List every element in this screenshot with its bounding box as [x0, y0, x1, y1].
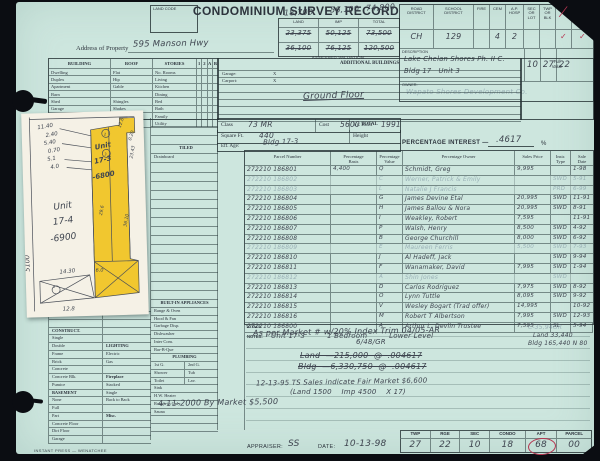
construction-basement-column: CONSTRUCT.SingleDoubleLIGHTINGFrameElect… [48, 311, 151, 444]
parcel-cell: SWD [551, 284, 571, 293]
left-checklist-row: Garage [49, 436, 151, 444]
mid-row [151, 191, 218, 200]
appliance-item-label: Range & Oven [151, 308, 218, 315]
parcel-cell: I [377, 215, 403, 224]
district-value [474, 30, 490, 48]
right-checklist-cell [103, 335, 151, 342]
left-checklist-row: Concrete [49, 366, 151, 374]
blank-row-label [151, 416, 218, 423]
parcel-cell: V [377, 303, 403, 312]
parcel-cell: 7,595 [515, 215, 551, 224]
parcel-row: 272210 186807PWalsh, Henry8,500SWD4-92 [245, 225, 593, 235]
mid-row [151, 236, 218, 245]
parcel-cell: 8,500 [515, 225, 551, 234]
plumbing-header: PLUMBING [151, 354, 218, 362]
parcel-col-header: Sales Price [515, 151, 551, 165]
parcel-cell: 272210 186804 [245, 195, 331, 204]
additional-row: Carport:X [218, 78, 521, 85]
dim-5-1: 5.1 [47, 156, 57, 163]
parcel-cell [551, 166, 571, 175]
tiled-header: TILED [151, 145, 218, 154]
parcel-cell: J [377, 254, 403, 263]
plumbing-pair: ToiletLav. [151, 378, 218, 386]
parcel-row: 272210 186804GJames Devine Etal20,995SWD… [245, 195, 593, 205]
scan-corner-top-right [546, 0, 600, 46]
valuation-col-header: TOTAL [359, 19, 399, 27]
footer-grid: TWPRGESECCONDOAPTPARCEL272210186800 [400, 430, 592, 453]
plumbing-pair-left: 1st G. [151, 362, 185, 369]
parcel-cell: Walsh, Henry [403, 225, 515, 234]
plumbing-item: Sauna [151, 409, 218, 417]
valuation-header-row: LANDIMPTOTAL [279, 19, 399, 28]
notes-rule [246, 408, 590, 409]
plumbing-pair-right: Lav. [185, 378, 218, 385]
parcel-cell: 7,975 [515, 284, 551, 293]
left-checklist-row: Dirt Floor [49, 428, 151, 436]
right-checklist-cell [103, 436, 151, 443]
parcel-col-header: Instr. Type [551, 151, 571, 165]
address-label: Address of Property [76, 45, 128, 52]
appraiser-label: APPRAISER: [247, 444, 283, 450]
appliance-item-label: Bar-B-Que [151, 347, 218, 354]
date-label: DATE: [318, 444, 335, 450]
parcel-cell [331, 274, 377, 283]
appliance-item-label: Garbage Disp. [151, 323, 218, 330]
percentage-interest-underline [488, 146, 534, 147]
parcel-cell: Robert T Albertson [403, 313, 515, 322]
building-col-header: STORIES [153, 59, 197, 68]
right-checklist-cell [103, 328, 151, 335]
right-checklist-cell: Electric [103, 351, 151, 358]
parcel-cell [331, 186, 377, 195]
parcel-cell: M [377, 313, 403, 322]
left-checklist-row: DoubleLIGHTING [49, 343, 151, 351]
parcel-row: 272210 186803LNatalie J FrancisPRD6-99 [245, 186, 593, 196]
parcel-cell [331, 195, 377, 204]
appliance-item: Range & Oven [151, 308, 218, 316]
parcel-cell [515, 186, 551, 195]
cost-label: Cost [319, 122, 329, 128]
blank-row-label [151, 424, 218, 431]
mid-row [151, 118, 218, 127]
mid-row [151, 173, 218, 182]
building-col-header: ROOF [111, 59, 153, 68]
parcel-cell: SWD [551, 235, 571, 244]
left-checklist-row: Concrete Floor [49, 421, 151, 429]
full-value-column: Full Value [520, 58, 594, 120]
parcel-cell: SWD [551, 264, 571, 273]
parcel-cell: SWD [551, 244, 571, 253]
left-checklist-cell: Concrete Floor [49, 421, 103, 428]
parcel-cell: Natalie J Francis [403, 186, 515, 195]
note-bldg-calc: Bldg —6,330,750 @ .004617 [298, 363, 427, 371]
parcel-cell: 8,000 [515, 235, 551, 244]
parcel-cell: SWD [551, 195, 571, 204]
appraiser-value: SS [288, 440, 300, 449]
parcel-cell: 272210 186811 [245, 264, 331, 273]
left-checklist-cell: Frame [49, 351, 103, 358]
mid-row [151, 209, 218, 218]
building-cell: Shed [49, 98, 111, 104]
circle-1-label: 1 [53, 285, 55, 289]
scan-corner-bottom-right [574, 441, 600, 461]
mid-row [151, 227, 218, 236]
parcel-cell: G [377, 195, 403, 204]
building-cell: Gable [111, 84, 153, 90]
district-value: CH [400, 30, 434, 48]
parcel-row: 272210 186815VWesley Bogart (Trad offer)… [245, 303, 593, 313]
plumbing-pair: ShowerTub [151, 370, 218, 378]
valuation-struck-value: 23,375 [279, 28, 319, 42]
parcel-cell: 272210 186803 [245, 186, 331, 195]
district-col-header: FIRE [474, 5, 490, 29]
parcel-cell [551, 215, 571, 224]
parcel-cell [331, 293, 377, 302]
left-checklist-row: NoneBack to Back [49, 397, 151, 405]
parcel-cell: 272210 186816 [245, 313, 331, 322]
parcel-cell: 272210 186801 [245, 166, 331, 175]
plumbing-pair-left: Shower [151, 370, 185, 377]
valuation-struck-value: 120,500 [359, 43, 399, 57]
date-value: 10-13-98 [344, 440, 386, 449]
parcel-cell: D [377, 284, 403, 293]
parcel-cell: 6-99 [571, 186, 593, 195]
plumbing-pair: 1st G.2nd G. [151, 362, 218, 370]
parcel-cell [331, 235, 377, 244]
parcel-row: 272210 186810JAl Hadeff, JackSWD9-94 [245, 254, 593, 264]
left-checklist-row: BASEMENTSingle [49, 390, 151, 398]
additional-row [218, 100, 521, 107]
blank-row [151, 424, 218, 432]
parcel-row: 272210 186809EMaureen Ferris5,500SWD7-93 [245, 244, 593, 254]
parcel-cell [515, 254, 551, 263]
parcel-cell: 8,095 [515, 293, 551, 302]
mid-row [151, 136, 218, 145]
district-value: 2 [506, 30, 524, 48]
mid-row [151, 127, 218, 136]
plumbing-pair-left: Toilet [151, 378, 185, 385]
left-checklist-row: Concrete Blk.Fireplace [49, 374, 151, 382]
parcel-row: 272210 186805HJames Ballou & Nora20,995S… [245, 205, 593, 215]
building-cell: Living [153, 76, 197, 82]
dim-11-40: 11.40 [37, 123, 54, 132]
parcel-table: Parcel NumberPercentage BasisPercentage … [244, 150, 594, 325]
right-checklist-cell: LIGHTING [103, 343, 151, 350]
yr-built-value: 1991 [381, 121, 401, 129]
district-col-header: A.P. HOSP [506, 5, 524, 29]
appliance-item: Dishwasher [151, 331, 218, 339]
mid-row: Drainboard [151, 154, 218, 163]
notes-rule [246, 360, 590, 361]
parcel-cell: PRD [551, 186, 571, 195]
parcel-cell: 14,995 [515, 303, 551, 312]
left-checklist-cell: Concrete [49, 366, 103, 373]
footer-col-header: SEC [460, 431, 490, 438]
parcel-cell: H [377, 205, 403, 214]
printer-brand: INSTANT PRESS — WENATCHEE [34, 449, 107, 453]
left-checklist-cell: Garage [49, 436, 103, 443]
mid-row [151, 254, 218, 263]
eff-age-label: Eff. Age: [221, 144, 239, 150]
parcel-cell: Al Hadeff, Jack [403, 254, 515, 263]
district-value: 4 [490, 30, 506, 48]
parcel-cell: 272210 186812 [245, 274, 331, 283]
parcel-cell: O [377, 293, 403, 302]
parcel-cell: F [377, 264, 403, 273]
plumbing-item: Sink [151, 385, 218, 393]
parcel-cell [331, 215, 377, 224]
footer-value: 10 [460, 439, 490, 452]
parcel-cell [331, 264, 377, 273]
parcel-cell: 8-92 [571, 284, 593, 293]
unit-17-4-number: 17-4 [52, 215, 74, 228]
left-checklist-cell: CONSTRUCT. [49, 328, 103, 335]
valuation-struck-value: 50,125 [319, 28, 359, 42]
building-cell: Barn [49, 91, 111, 97]
appliance-item: Inter Com. [151, 339, 218, 347]
right-checklist-cell: Single [103, 390, 151, 397]
left-checklist-cell: Single [49, 335, 103, 342]
note-right-3: Bldg 165,440 N 80 [528, 341, 587, 347]
left-checklist-cell [49, 320, 103, 327]
right-checklist-cell [103, 421, 151, 428]
parcel-cell: 11-91 [571, 215, 593, 224]
parcel-row: 272210 186802CWerner, Patrick & EmilySWD… [245, 176, 593, 186]
parcel-cell: Weakley, Robert [403, 215, 515, 224]
address-value: 595 Manson Hwy [133, 39, 209, 49]
parcel-cell: James Ballou & Nora [403, 205, 515, 214]
building-row: DwellingFlatNo. Rooms [49, 69, 218, 76]
parcel-cell: SWD [551, 254, 571, 263]
district-col-header: SCHOOL DISTRICT [434, 5, 474, 29]
left-checklist-cell: Brick [49, 359, 103, 366]
appliance-item: Bar-B-Que [151, 347, 218, 355]
parcel-cell: 1-94 [571, 264, 593, 273]
parcel-cell: 9-92 [571, 293, 593, 302]
mid-row [151, 182, 218, 191]
parcel-row: 272210 186814OLynn Tuttle8,095SWD9-92 [245, 293, 593, 303]
notes-rule [246, 348, 590, 349]
additional-row: Garage:X [218, 71, 521, 78]
parcel-cell: Q [377, 166, 403, 175]
appliance-item-label: Inter Com. [151, 339, 218, 346]
assessed-imp-current: 56,100 [330, 5, 359, 14]
parcel-cell: 10-92 [571, 303, 593, 312]
blank-row [151, 416, 218, 424]
additional-label: Garage: [222, 71, 237, 76]
building-row: ApartmentGableKitchen [49, 84, 218, 91]
parcel-cell: 4-92 [571, 225, 593, 234]
additional-label: Carport: [222, 78, 237, 83]
parcel-row: 272210 186812AShin JonesSWD [245, 274, 593, 284]
building-header-row: BUILDINGROOFSTORIES12AB [49, 59, 218, 69]
parcel-cell [331, 284, 377, 293]
parcel-row: 272210 186816MRobert T Albertson7,995SWD… [245, 313, 593, 323]
additional-row [218, 93, 521, 100]
parcel-cell: SWD [551, 225, 571, 234]
left-checklist-row: Full [49, 405, 151, 413]
dim-2-40: 2.40 [45, 131, 59, 139]
parcel-row: 272210 186811FWanamaker, David7,995SWD1-… [245, 264, 593, 274]
appliances-header-label: BUILT-IN APPLIANCES [151, 300, 218, 307]
additional-buildings-header: ADDITIONAL BUILDINGS [218, 59, 521, 71]
parcel-cell [331, 313, 377, 322]
parcel-row: 272210 1868014,400QSchmidt, Greg9,9951-9… [245, 166, 593, 176]
parcel-cell: SWD [551, 313, 571, 322]
parcel-cell: Carlos Rodriguez [403, 284, 515, 293]
right-checklist-cell [103, 405, 151, 412]
class-value: 73 MR [248, 121, 273, 129]
additional-value: X [273, 78, 276, 83]
parcel-cell [331, 176, 377, 185]
parcel-cell: Wesley Bogart (Trad offer) [403, 303, 515, 312]
parcel-cell: 272210 186810 [245, 254, 331, 263]
footer-col-header: PARCEL [557, 431, 591, 438]
parcel-cell [515, 176, 551, 185]
parcel-cell: Maureen Ferris [403, 244, 515, 253]
note-gr: 6/48/GR [356, 339, 386, 346]
parcel-cell: Shin Jones [403, 274, 515, 283]
left-checklist-row: PumiceStacked [49, 382, 151, 390]
parcel-cell: 272210 186815 [245, 303, 331, 312]
building-cell: No. Rooms [153, 69, 197, 75]
right-checklist-cell [103, 428, 151, 435]
appliance-item-label: Dishwasher [151, 331, 218, 338]
mid-row [151, 291, 218, 300]
unit-17-4-value: -6900 [50, 232, 78, 245]
notes-rule [246, 372, 590, 373]
right-checklist-cell [103, 366, 151, 373]
right-checklist-cell: Stacked [103, 382, 151, 389]
parcel-cell: 272210 186805 [245, 205, 331, 214]
building-cell: Shingles [111, 98, 153, 104]
parcel-cell: Schmidt, Greg [403, 166, 515, 175]
parcel-cell: 272210 186802 [245, 176, 331, 185]
left-checklist-row [49, 320, 151, 328]
sqft-row: Square Ft. 440 Height Bldg 17-3 [217, 130, 401, 144]
parcel-cell: 4,400 [331, 166, 377, 175]
footer-col-header: APT [526, 431, 558, 438]
plumbing-pair-right: 2nd G. [185, 362, 218, 369]
parcel-header-row: Parcel NumberPercentage BasisPercentage … [245, 151, 593, 166]
parcel-cell: James Devine Etal [403, 195, 515, 204]
additional-row [218, 85, 521, 92]
mid-row [151, 282, 218, 291]
yr-built-label: Yr. Built [353, 122, 372, 128]
mid-row [151, 218, 218, 227]
unit-sketch-drawing: 11.40 2.40 5.40 0.70 5.1 4.0 12.6 0.20 2… [21, 110, 149, 317]
footer-col-header: TWP [401, 431, 431, 438]
left-checklist-cell: BASEMENT [49, 390, 103, 397]
parcel-cell [331, 225, 377, 234]
left-checklist-row: CONSTRUCT. [49, 328, 151, 336]
building-col-header: BUILDING [49, 59, 111, 68]
left-checklist-cell: Pumice [49, 382, 103, 389]
parcel-cell [515, 274, 551, 283]
additional-buildings-box: ADDITIONAL BUILDINGSGarage:XCarport:XTOT… [217, 58, 522, 120]
mid-row [151, 200, 218, 209]
appliances-plumbing-column: BUILT-IN APPLIANCESRange & OvenHood & Fa… [150, 300, 218, 440]
dim-6-0: 6.0 [96, 268, 104, 274]
divider [244, 323, 245, 430]
district-col-header: CEM [490, 5, 506, 29]
notes-rule [246, 396, 590, 397]
footer-col-header: RGE [431, 431, 461, 438]
building-cell: Hip [111, 76, 153, 82]
valuation-col-header: LAND [279, 19, 319, 27]
description-label: DESCRIPTION [402, 50, 428, 54]
height-label: Height [353, 133, 368, 139]
parcel-cell: 272210 186806 [245, 215, 331, 224]
scanned-assessor-card: LAND CODE CONDOMINIUM SURVEY RECORD 18,7… [0, 0, 600, 461]
parcel-col-header: Percentage Value [377, 151, 403, 165]
left-checklist-row: FrameElectric [49, 351, 151, 359]
footer-value: 27 [401, 439, 431, 452]
right-checklist-cell: Gas [103, 359, 151, 366]
parcel-cell: 5-91 [571, 176, 593, 185]
building-row: BarnDining [49, 91, 218, 98]
parcel-cell: 7,995 [515, 313, 551, 322]
mid-row [151, 245, 218, 254]
sqft-label: Square Ft. [221, 133, 244, 139]
parcel-col-header: Parcel Number [245, 151, 331, 165]
footer-value-row: 272210186800 [400, 439, 592, 453]
parcel-cell [331, 303, 377, 312]
note-land-calc: Land —215,000 @ .004617 [300, 352, 422, 360]
left-checklist-row: Single [49, 335, 151, 343]
class-label: Class [221, 122, 233, 128]
valuation-struck-value: 73,500 [359, 28, 399, 42]
parcel-row: 272210 186808BGeorge Churchill8,000SWD6-… [245, 235, 593, 245]
divider [349, 130, 350, 143]
parcel-cell [551, 303, 571, 312]
left-checklist-cell: Dirt Floor [49, 428, 103, 435]
building-cell: Flat [111, 69, 153, 75]
parcel-cell: P [377, 225, 403, 234]
left-checklist-cell: None [49, 397, 103, 404]
plumbing-item-label: Sauna [151, 409, 218, 416]
building-cell: Bath [153, 106, 197, 112]
parcel-cell: Wanamaker, David [403, 264, 515, 273]
parcel-cell: 272210 186813 [245, 284, 331, 293]
parcel-cell: SWD [551, 205, 571, 214]
building-cell: Dwelling [49, 69, 111, 75]
plumbing-item-label: Sink [151, 385, 218, 392]
parcel-cell [331, 244, 377, 253]
building-cell: Duplex [49, 76, 111, 82]
left-checklist-cell: Full [49, 405, 103, 412]
mid-row [151, 264, 218, 273]
footer-col-header: CONDO [490, 431, 526, 438]
parcel-cell: George Churchill [403, 235, 515, 244]
building-cell: Bed [153, 98, 197, 104]
percentage-interest-value: .4617 [496, 136, 521, 145]
full-value-header: Full Value [521, 59, 593, 69]
building-cell: Dining [153, 91, 197, 97]
building-row: ShedShinglesBed [49, 98, 218, 105]
district-col-header: ROAD DISTRICT [400, 5, 434, 29]
valuation-col-header: IMP [319, 19, 359, 27]
parcel-row: 272210 186813DCarlos Rodriguez7,975SWD8-… [245, 284, 593, 294]
parcel-cell: SWD [551, 274, 571, 283]
parcel-cell: L [377, 186, 403, 195]
parcel-cell: SWD [551, 293, 571, 302]
parcel-cell: SWD [551, 176, 571, 185]
parcel-col-header: Percentage Owner [403, 151, 515, 165]
parcel-cell: E [377, 244, 403, 253]
parcel-cell: 272210 186807 [245, 225, 331, 234]
parcel-cell: 272210 186809 [245, 244, 331, 253]
